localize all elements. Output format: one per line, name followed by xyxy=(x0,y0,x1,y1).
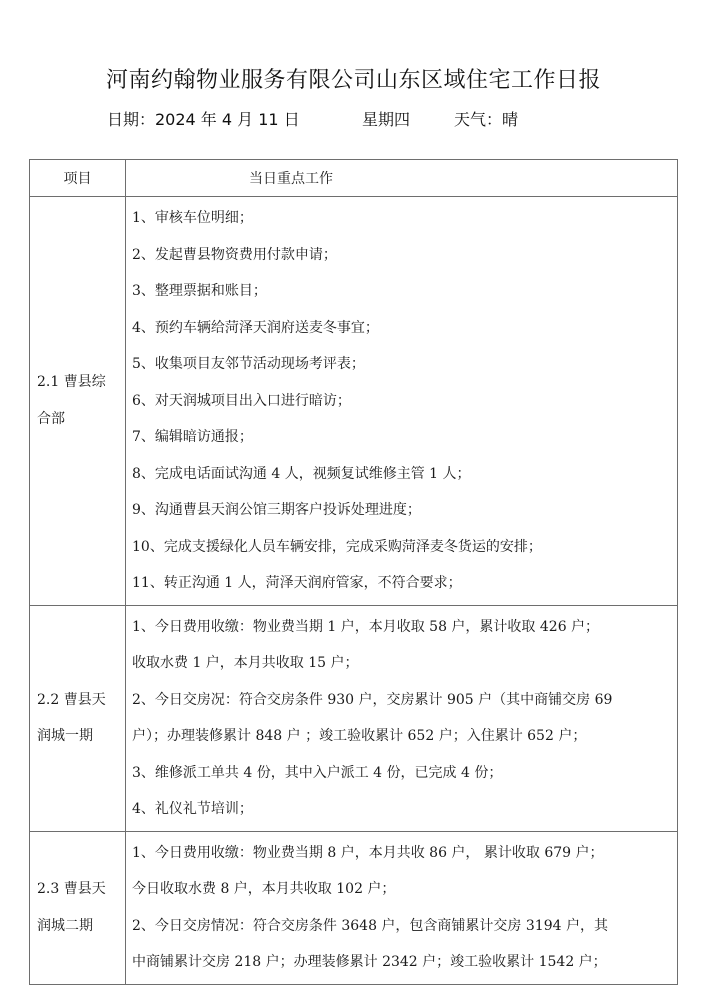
work-cell: 1、审核车位明细； 2、发起曹县物资费用付款申请； 3、整理票据和账目； 4、预… xyxy=(126,197,678,606)
work-item: 2、发起曹县物资费用付款申请； xyxy=(132,237,671,274)
project-cell: 2.1 曹县综 合部 xyxy=(30,197,126,606)
report-weekday: 星期四 xyxy=(362,108,410,132)
table-row: 2.2 曹县天 润城一期 1、今日费用收缴：物业费当期 1 户，本月收取 58 … xyxy=(30,605,678,831)
work-item: 7、编辑暗访通报； xyxy=(132,419,671,456)
work-item: 4、礼仪礼节培训； xyxy=(132,791,671,828)
table-row: 2.1 曹县综 合部 1、审核车位明细； 2、发起曹县物资费用付款申请； 3、整… xyxy=(30,197,678,606)
work-item: 3、维修派工单共 4 份，其中入户派工 4 份，已完成 4 份； xyxy=(132,755,671,792)
work-item: 1、审核车位明细； xyxy=(132,200,671,237)
work-item: 8、完成电话面试沟通 4 人，视频复试维修主管 1 人； xyxy=(132,456,671,493)
work-item: 11、转正沟通 1 人，菏泽天润府管家，不符合要求； xyxy=(132,565,671,602)
table-header-row: 项目 当日重点工作 xyxy=(30,160,678,197)
work-item: 9、沟通曹县天润公馆三期客户投诉处理进度； xyxy=(132,492,671,529)
project-name-line: 2.1 曹县综 xyxy=(37,364,121,401)
work-item: 10、完成支援绿化人员车辆安排，完成采购菏泽麦冬货运的安排； xyxy=(132,529,671,566)
project-name-line: 润城二期 xyxy=(37,908,121,945)
work-item: 6、对天润城项目出入口进行暗访； xyxy=(132,383,671,420)
report-title: 河南约翰物业服务有限公司山东区域住宅工作日报 xyxy=(0,66,707,96)
work-item: 户）；办理装修累计 848 户 ；竣工验收累计 652 户；入住累计 652 户… xyxy=(132,718,671,755)
work-item: 中商铺累计交房 218 户；办理装修累计 2342 户；竣工验收累计 1542 … xyxy=(132,944,671,981)
work-item: 2、今日交房况：符合交房条件 930 户，交房累计 905 户（其中商铺交房 6… xyxy=(132,682,671,719)
project-cell: 2.3 曹县天 润城二期 xyxy=(30,831,126,984)
project-name-line: 2.2 曹县天 xyxy=(37,682,121,719)
work-item: 2、今日交房情况：符合交房条件 3648 户，包含商铺累计交房 3194 户，其 xyxy=(132,908,671,945)
work-cell: 1、今日费用收缴：物业费当期 1 户，本月收取 58 户，累计收取 426 户；… xyxy=(126,605,678,831)
work-item: 今日收取水费 8 户，本月共收取 102 户； xyxy=(132,871,671,908)
work-item: 4、预约车辆给菏泽天润府送麦冬事宜； xyxy=(132,310,671,347)
work-item: 5、收集项目友邻节活动现场考评表； xyxy=(132,346,671,383)
column-header-key-work: 当日重点工作 xyxy=(126,160,678,197)
work-cell: 1、今日费用收缴：物业费当期 8 户，本月共收 86 户， 累计收取 679 户… xyxy=(126,831,678,984)
work-item: 1、今日费用收缴：物业费当期 1 户，本月收取 58 户，累计收取 426 户； xyxy=(132,609,671,646)
report-date: 日期：2024 年 4 月 11 日 xyxy=(107,108,300,132)
project-cell: 2.2 曹县天 润城一期 xyxy=(30,605,126,831)
daily-report-table: 项目 当日重点工作 2.1 曹县综 合部 1、审核车位明细； 2、发起曹县物资费… xyxy=(29,159,678,985)
table-row: 2.3 曹县天 润城二期 1、今日费用收缴：物业费当期 8 户，本月共收 86 … xyxy=(30,831,678,984)
work-item: 收取水费 1 户，本月共收取 15 户； xyxy=(132,645,671,682)
project-name-line: 2.3 曹县天 xyxy=(37,871,121,908)
work-item: 3、整理票据和账目； xyxy=(132,273,671,310)
project-name-line: 润城一期 xyxy=(37,718,121,755)
project-name-line: 合部 xyxy=(37,401,121,438)
report-weather: 天气：晴 xyxy=(454,108,518,132)
work-item: 1、今日费用收缴：物业费当期 8 户，本月共收 86 户， 累计收取 679 户… xyxy=(132,835,671,872)
column-header-project: 项目 xyxy=(30,160,126,197)
